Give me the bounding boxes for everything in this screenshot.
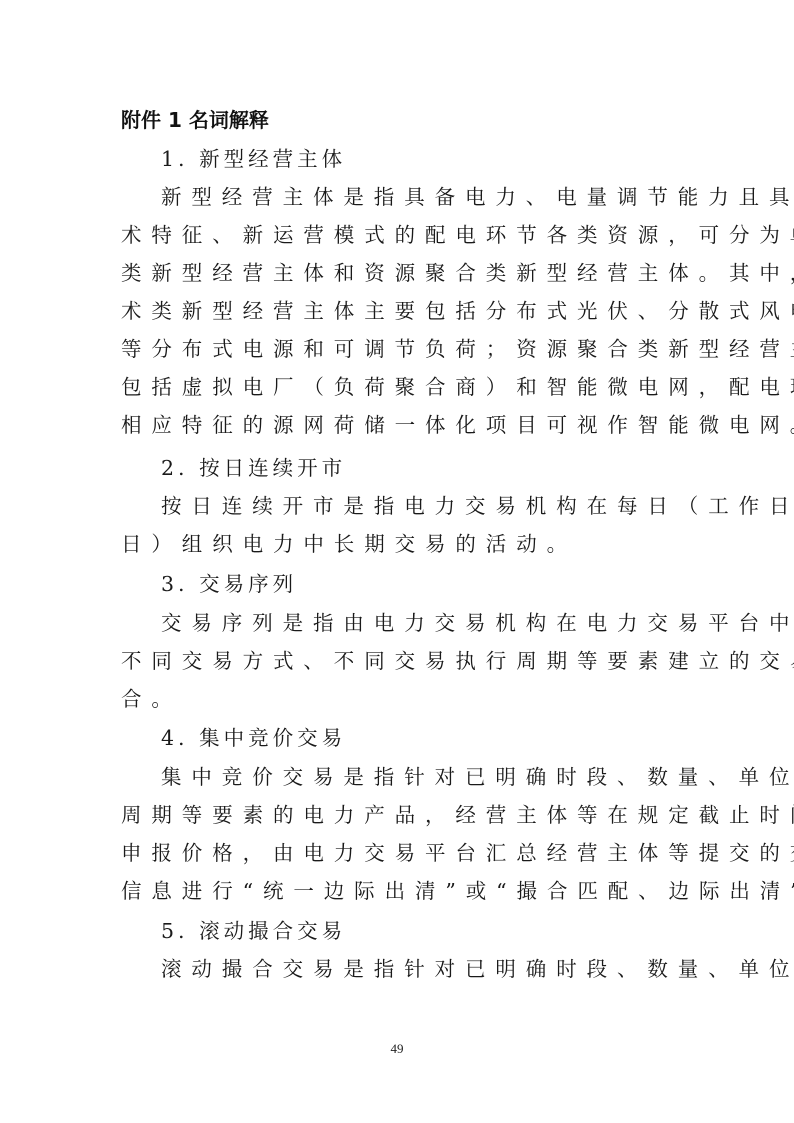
paragraph-line: 申报价格，由电力交易平台汇总经营主体等提交的交易申报	[121, 839, 677, 867]
paragraph-line: 信息进行“统一边际出清”或“撮合匹配、边际出清”。	[121, 877, 677, 905]
section-heading-1: 1. 新型经营主体	[161, 145, 717, 173]
paragraph-line: 滚动撮合交易是指针对已明确时段、数量、单位、执行	[161, 955, 717, 983]
paragraph-line: 交易序列是指由电力交易机构在电力交易平台中，按照	[161, 609, 717, 637]
page-number: 49	[0, 1040, 794, 1058]
paragraph-line: 术类新型经营主体主要包括分布式光伏、分散式风电、储能	[121, 297, 677, 325]
paragraph-line: 合。	[121, 685, 677, 713]
paragraph-line: 类新型经营主体和资源聚合类新型经营主体。其中，单一技	[121, 259, 677, 287]
paragraph-line: 周期等要素的电力产品，经营主体等在规定截止时间前集中	[121, 801, 677, 829]
section-heading-2: 2. 按日连续开市	[161, 454, 717, 482]
paragraph-line: 日）组织电力中长期交易的活动。	[121, 530, 677, 558]
paragraph-line: 等分布式电源和可调节负荷；资源聚合类新型经营主体主要	[121, 335, 677, 363]
paragraph-line: 新型经营主体是指具备电力、电量调节能力且具有新技	[161, 183, 717, 211]
document-page: 附件 1 名词解释 1. 新型经营主体 新型经营主体是指具备电力、电量调节能力且…	[0, 0, 794, 1123]
section-heading-4: 4. 集中竞价交易	[161, 724, 717, 752]
paragraph-line: 相应特征的源网荷储一体化项目可视作智能微电网。	[121, 411, 677, 439]
paragraph-line: 术特征、新运营模式的配电环节各类资源，可分为单一技术	[121, 221, 677, 249]
paragraph-line: 集中竞价交易是指针对已明确时段、数量、单位、执行	[161, 763, 717, 791]
section-heading-3: 3. 交易序列	[161, 570, 717, 598]
section-heading-5: 5. 滚动撮合交易	[161, 917, 717, 945]
paragraph-line: 按日连续开市是指电力交易机构在每日（工作日或自然	[161, 492, 717, 520]
paragraph-line: 包括虚拟电厂（负荷聚合商）和智能微电网，配电环节具备	[121, 373, 677, 401]
paragraph-line: 不同交易方式、不同交易执行周期等要素建立的交易组织集	[121, 647, 677, 675]
page-title: 附件 1 名词解释	[121, 106, 269, 134]
